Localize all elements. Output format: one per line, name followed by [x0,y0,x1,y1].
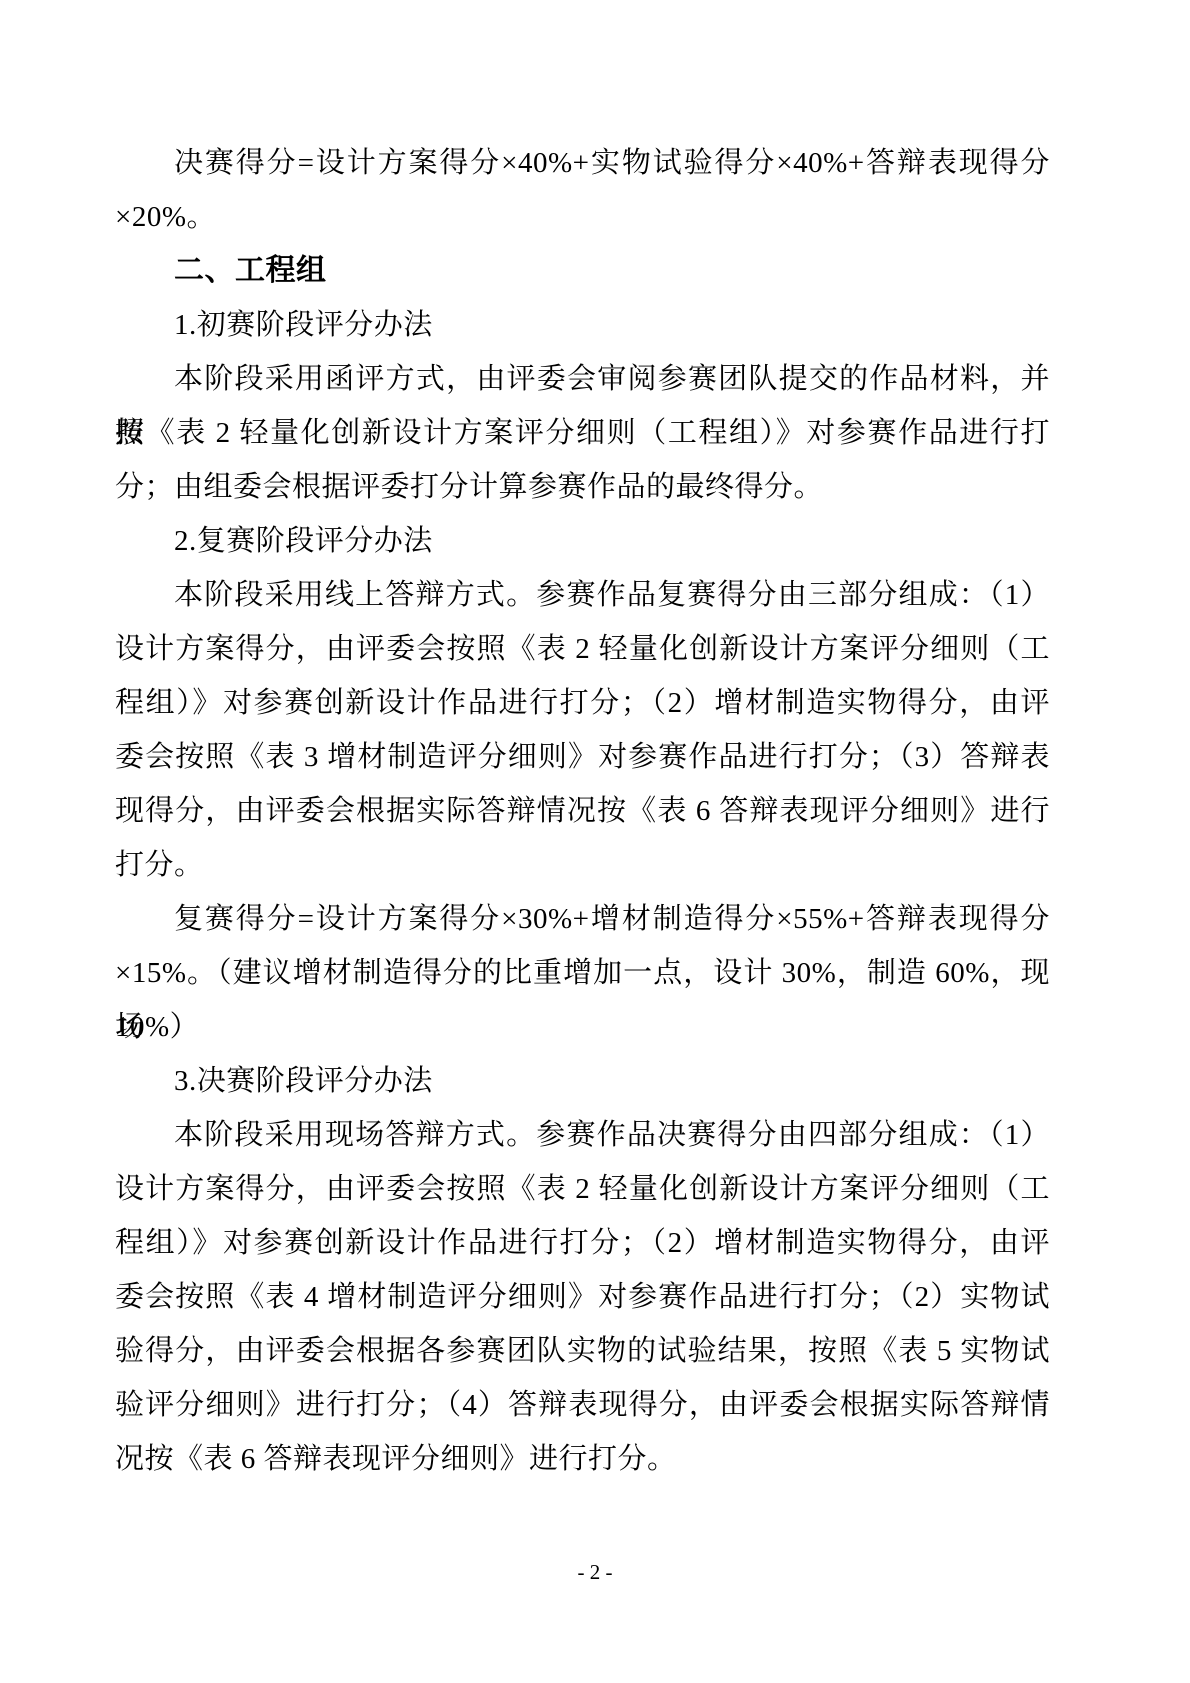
paragraph: 1.初赛阶段评分办法 [115,298,1050,352]
text-line: ×20%。 [115,190,1050,244]
paragraph: 3.决赛阶段评分办法 [115,1054,1050,1108]
paragraph: 本阶段采用线上答辩方式。参赛作品复赛得分由三部分组成：（1）设计方案得分，由评委… [115,568,1050,892]
text-line: 1.初赛阶段评分办法 [115,298,1050,352]
text-line: 2.复赛阶段评分办法 [115,514,1050,568]
text-line: 本阶段采用线上答辩方式。参赛作品复赛得分由三部分组成：（1） [115,568,1050,622]
text-line: 设计方案得分，由评委会按照《表 2 轻量化创新设计方案评分细则（工 [115,1162,1050,1216]
text-line: 决赛得分=设计方案得分×40%+实物试验得分×40%+答辩表现得分 [115,136,1050,190]
text-line: 况按《表 6 答辩表现评分细则》进行打分。 [115,1432,1050,1486]
text-line: 3.决赛阶段评分办法 [115,1054,1050,1108]
text-line: 分；由组委会根据评委打分计算参赛作品的最终得分。 [115,460,1050,514]
text-line: 照《表 2 轻量化创新设计方案评分细则（工程组）》对参赛作品进行打 [115,406,1050,460]
text-line: 验得分，由评委会根据各参赛团队实物的试验结果，按照《表 5 实物试 [115,1324,1050,1378]
text-line: 程组）》对参赛创新设计作品进行打分；（2）增材制造实物得分，由评 [115,676,1050,730]
text-line: 委会按照《表 3 增材制造评分细则》对参赛作品进行打分；（3）答辩表 [115,730,1050,784]
text-line: 复赛得分=设计方案得分×30%+增材制造得分×55%+答辩表现得分 [115,892,1050,946]
section-heading: 二、工程组 [115,244,1050,298]
text-line: 本阶段采用现场答辩方式。参赛作品决赛得分由四部分组成：（1） [115,1108,1050,1162]
paragraph: 决赛得分=设计方案得分×40%+实物试验得分×40%+答辩表现得分×20%。 [115,136,1050,244]
paragraph: 2.复赛阶段评分办法 [115,514,1050,568]
document-body: 决赛得分=设计方案得分×40%+实物试验得分×40%+答辩表现得分×20%。二、… [115,136,1050,1486]
text-line: 设计方案得分，由评委会按照《表 2 轻量化创新设计方案评分细则（工 [115,622,1050,676]
text-line: 打分。 [115,838,1050,892]
text-line: 验评分细则》进行打分；（4）答辩表现得分，由评委会根据实际答辩情 [115,1378,1050,1432]
page-number: - 2 - [0,1557,1190,1587]
text-line: 现得分，由评委会根据实际答辩情况按《表 6 答辩表现评分细则》进行 [115,784,1050,838]
paragraph: 本阶段采用现场答辩方式。参赛作品决赛得分由四部分组成：（1）设计方案得分，由评委… [115,1108,1050,1486]
paragraph: 本阶段采用函评方式，由评委会审阅参赛团队提交的作品材料，并按照《表 2 轻量化创… [115,352,1050,514]
text-line: 10%） [115,1000,1050,1054]
text-line: 本阶段采用函评方式，由评委会审阅参赛团队提交的作品材料，并按 [115,352,1050,406]
text-line: 二、工程组 [115,244,1050,298]
paragraph: 复赛得分=设计方案得分×30%+增材制造得分×55%+答辩表现得分×15%。（建… [115,892,1050,1054]
text-line: 委会按照《表 4 增材制造评分细则》对参赛作品进行打分；（2）实物试 [115,1270,1050,1324]
document-page: 决赛得分=设计方案得分×40%+实物试验得分×40%+答辩表现得分×20%。二、… [0,0,1190,1683]
text-line: 程组）》对参赛创新设计作品进行打分；（2）增材制造实物得分，由评 [115,1216,1050,1270]
text-line: ×15%。（建议增材制造得分的比重增加一点，设计 30%，制造 60%，现场 [115,946,1050,1000]
